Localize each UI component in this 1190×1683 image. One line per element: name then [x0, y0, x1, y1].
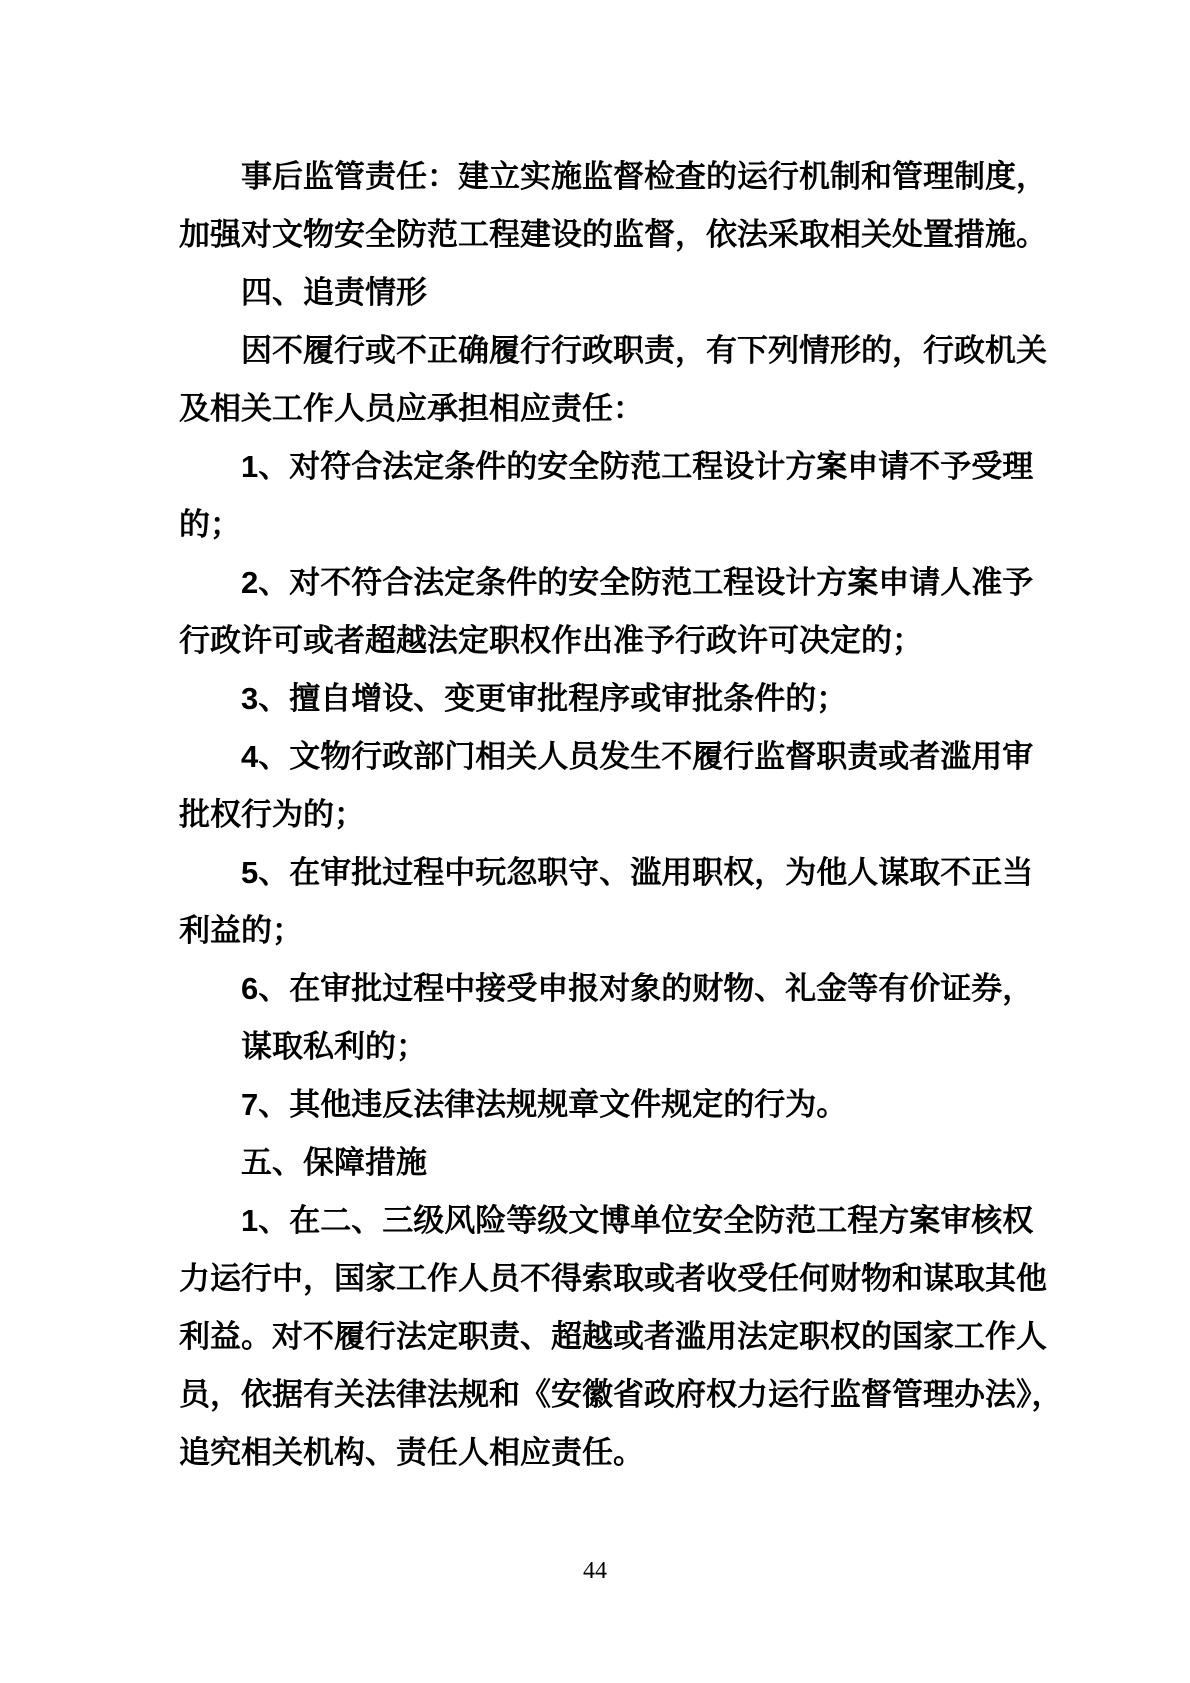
list-item: 2、对不符合法定条件的安全防范工程设计方案申请人准予: [179, 554, 1054, 612]
list-item: 3、擅自增设、变更审批程序或审批条件的；: [179, 670, 1054, 728]
text-line: 批权行为的；: [179, 786, 1054, 844]
text-line: 谋取私利的；: [179, 1018, 1054, 1076]
list-item: 6、在审批过程中接受申报对象的财物、礼金等有价证券，: [179, 960, 1054, 1018]
text-line: 因不履行或不正确履行行政职责，有下列情形的，行政机关: [179, 322, 1054, 380]
page-number: 44: [0, 1558, 1190, 1585]
text-line: 利益。对不履行法定职责、超越或者滥用法定职权的国家工作人: [179, 1308, 1054, 1366]
text-line: 行政许可或者超越法定职权作出准予行政许可决定的；: [179, 612, 1054, 670]
text-line: 员，依据有关法律法规和《安徽省政府权力运行监督管理办法》，: [179, 1366, 1054, 1424]
section-heading: 五、保障措施: [179, 1134, 1054, 1192]
list-item: 1、在二、三级风险等级文博单位安全防范工程方案审核权: [179, 1192, 1054, 1250]
list-item: 7、其他违反法律法规规章文件规定的行为。: [179, 1076, 1054, 1134]
text-line: 加强对文物安全防范工程建设的监督，依法采取相关处置措施。: [179, 206, 1054, 264]
text-line: 及相关工作人员应承担相应责任：: [179, 380, 1054, 438]
text-line: 力运行中，国家工作人员不得索取或者收受任何财物和谋取其他: [179, 1250, 1054, 1308]
text-line: 利益的；: [179, 902, 1054, 960]
text-line: 的；: [179, 496, 1054, 554]
list-item: 5、在审批过程中玩忽职守、滥用职权，为他人谋取不正当: [179, 844, 1054, 902]
document-body: 事后监管责任：建立实施监督检查的运行机制和管理制度， 加强对文物安全防范工程建设…: [179, 148, 1054, 1482]
list-item: 4、文物行政部门相关人员发生不履行监督职责或者滥用审: [179, 728, 1054, 786]
list-item: 1、对符合法定条件的安全防范工程设计方案申请不予受理: [179, 438, 1054, 496]
document-page: 事后监管责任：建立实施监督检查的运行机制和管理制度， 加强对文物安全防范工程建设…: [0, 0, 1190, 1683]
section-heading: 四、追责情形: [179, 264, 1054, 322]
text-line: 追究相关机构、责任人相应责任。: [179, 1424, 1054, 1482]
text-line: 事后监管责任：建立实施监督检查的运行机制和管理制度，: [179, 148, 1054, 206]
